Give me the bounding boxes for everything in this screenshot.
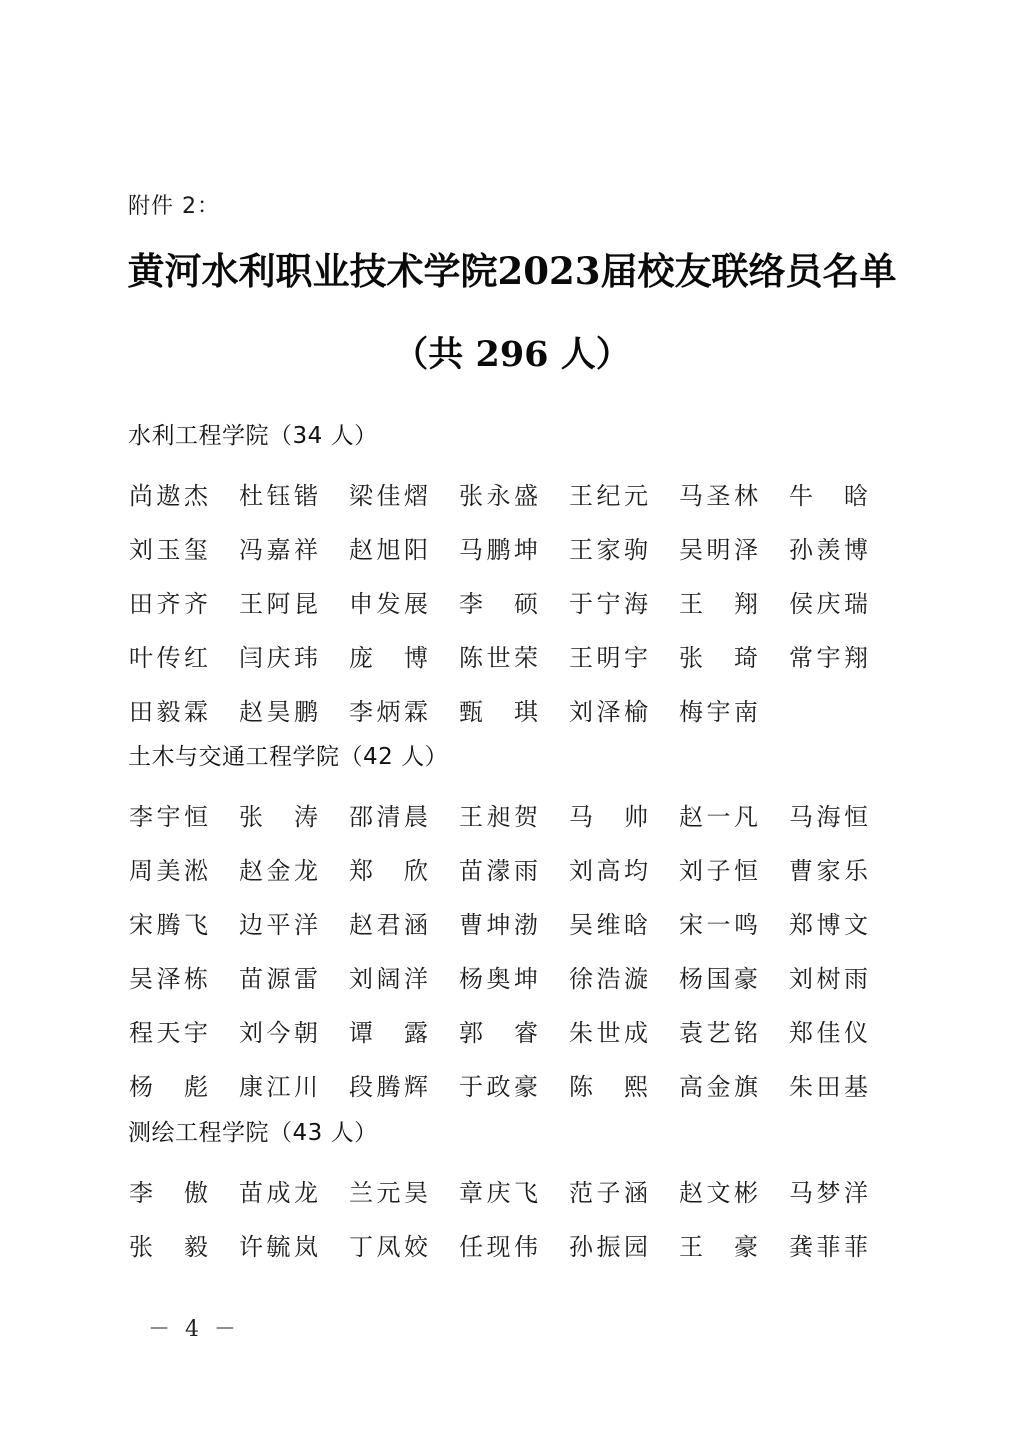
- name-entry: 马海恒: [788, 790, 869, 844]
- name-entry: 于宁海: [568, 577, 649, 631]
- name-entry: 杨国豪: [678, 952, 759, 1006]
- section-heading: 测绘工程学院（43 人）: [128, 1113, 908, 1153]
- name-entry: 尚遨杰: [128, 469, 209, 523]
- section-surveying: 测绘工程学院（43 人） 李傲苗成龙兰元昊章庆飞范子涵赵文彬马梦洋张毅许毓岚丁凤…: [128, 1113, 908, 1274]
- name-entry: 苗成龙: [238, 1166, 319, 1220]
- name-entry: 刘泽榆: [568, 685, 649, 739]
- name-entry: 田齐齐: [128, 577, 209, 631]
- name-entry: 马圣林: [678, 469, 759, 523]
- name-entry: 李傲: [128, 1166, 209, 1220]
- document-title: 黄河水利职业技术学院2023届校友联络员名单: [0, 245, 1024, 297]
- name-entry: 李宇恒: [128, 790, 209, 844]
- name-entry: 杜钰锴: [238, 469, 319, 523]
- name-entry: 李硕: [458, 577, 539, 631]
- section-civil-transport: 土木与交通工程学院（42 人） 李宇恒张涛邵清晨王昶贺马帅赵一凡马海恒周美淞赵金…: [128, 737, 908, 1114]
- name-entry: 赵昊鹏: [238, 685, 319, 739]
- name-entry: 康江川: [238, 1060, 319, 1114]
- name-entry: 苗源雷: [238, 952, 319, 1006]
- name-entry: 孙振园: [568, 1220, 649, 1274]
- name-entry: 张永盛: [458, 469, 539, 523]
- name-entry: 郑博文: [788, 898, 869, 952]
- name-entry: 章庆飞: [458, 1166, 539, 1220]
- name-entry: 于政豪: [458, 1060, 539, 1114]
- name-entry: 常宇翔: [788, 631, 869, 685]
- name-entry: 杨彪: [128, 1060, 209, 1114]
- name-entry: 赵文彬: [678, 1166, 759, 1220]
- name-entry: 王明宇: [568, 631, 649, 685]
- name-entry: 田毅霖: [128, 685, 209, 739]
- name-entry: 徐浩漩: [568, 952, 649, 1006]
- name-entry: 梅宇南: [678, 685, 759, 739]
- name-entry: 宋腾飞: [128, 898, 209, 952]
- name-entry: 王家驹: [568, 523, 649, 577]
- name-entry: 高金旗: [678, 1060, 759, 1114]
- name-entry: 邵清晨: [348, 790, 429, 844]
- name-entry: 任现伟: [458, 1220, 539, 1274]
- name-entry: 郭睿: [458, 1006, 539, 1060]
- name-entry: 庞博: [348, 631, 429, 685]
- name-entry: 刘树雨: [788, 952, 869, 1006]
- name-entry: 王昶贺: [458, 790, 539, 844]
- name-entry: 龚菲菲: [788, 1220, 869, 1274]
- name-entry: 马帅: [568, 790, 649, 844]
- document-page: 附件 2： 黄河水利职业技术学院2023届校友联络员名单 （共 296 人） 水…: [0, 0, 1024, 1448]
- page-number: － 4 －: [148, 1315, 240, 1345]
- name-entry: 苗濛雨: [458, 844, 539, 898]
- section-water-conservancy: 水利工程学院（34 人） 尚遨杰杜钰锴梁佳熠张永盛王纪元马圣林牛晗刘玉玺冯嘉祥赵…: [128, 416, 908, 739]
- name-entry: 兰元昊: [348, 1166, 429, 1220]
- name-entry: 边平洋: [238, 898, 319, 952]
- name-entry: 范子涵: [568, 1166, 649, 1220]
- name-entry: 赵君涵: [348, 898, 429, 952]
- name-entry: 马梦洋: [788, 1166, 869, 1220]
- name-entry: 赵金龙: [238, 844, 319, 898]
- name-entry: 叶传红: [128, 631, 209, 685]
- name-entry: 程天宇: [128, 1006, 209, 1060]
- name-entry: 吴维晗: [568, 898, 649, 952]
- name-entry: 宋一鸣: [678, 898, 759, 952]
- name-entry: 郑欣: [348, 844, 429, 898]
- name-entry: 袁艺铭: [678, 1006, 759, 1060]
- name-entry: 赵旭阳: [348, 523, 429, 577]
- name-entry: 梁佳熠: [348, 469, 429, 523]
- name-entry: 郑佳仪: [788, 1006, 869, 1060]
- name-entry: 孙羡博: [788, 523, 869, 577]
- name-entry: 朱世成: [568, 1006, 649, 1060]
- name-entry: 闫庆玮: [238, 631, 319, 685]
- name-entry: 陈世荣: [458, 631, 539, 685]
- name-entry: 吴明泽: [678, 523, 759, 577]
- name-entry: 张毅: [128, 1220, 209, 1274]
- name-entry: 朱田基: [788, 1060, 869, 1114]
- name-entry: 丁凤姣: [348, 1220, 429, 1274]
- name-entry: 段腾辉: [348, 1060, 429, 1114]
- name-entry: 刘高均: [568, 844, 649, 898]
- section-heading: 土木与交通工程学院（42 人）: [128, 737, 908, 777]
- name-entry: 陈熙: [568, 1060, 649, 1114]
- name-entry: 甄琪: [458, 685, 539, 739]
- name-entry: 刘今朝: [238, 1006, 319, 1060]
- name-entry: 许毓岚: [238, 1220, 319, 1274]
- name-grid: 李宇恒张涛邵清晨王昶贺马帅赵一凡马海恒周美淞赵金龙郑欣苗濛雨刘高均刘子恒曹家乐宋…: [128, 790, 908, 1114]
- attachment-label: 附件 2：: [128, 192, 220, 222]
- name-entry: 王纪元: [568, 469, 649, 523]
- name-entry: 周美淞: [128, 844, 209, 898]
- name-entry: 李炳霖: [348, 685, 429, 739]
- name-entry: 刘玉玺: [128, 523, 209, 577]
- name-entry: 申发展: [348, 577, 429, 631]
- name-grid: 李傲苗成龙兰元昊章庆飞范子涵赵文彬马梦洋张毅许毓岚丁凤姣任现伟孙振园王豪龚菲菲: [128, 1166, 908, 1274]
- name-entry: 赵一凡: [678, 790, 759, 844]
- name-entry: 冯嘉祥: [238, 523, 319, 577]
- name-entry: 刘子恒: [678, 844, 759, 898]
- name-entry: 曹家乐: [788, 844, 869, 898]
- name-entry: 杨奥坤: [458, 952, 539, 1006]
- document-subtitle: （共 296 人）: [0, 330, 1024, 380]
- name-entry: 牛晗: [788, 469, 869, 523]
- name-entry: 王阿昆: [238, 577, 319, 631]
- name-entry: 马鹏坤: [458, 523, 539, 577]
- name-entry: 王翔: [678, 577, 759, 631]
- name-grid: 尚遨杰杜钰锴梁佳熠张永盛王纪元马圣林牛晗刘玉玺冯嘉祥赵旭阳马鹏坤王家驹吴明泽孙羡…: [128, 469, 908, 739]
- name-entry: 王豪: [678, 1220, 759, 1274]
- name-entry: 吴泽栋: [128, 952, 209, 1006]
- name-entry: 谭露: [348, 1006, 429, 1060]
- name-entry: 刘阔洋: [348, 952, 429, 1006]
- name-entry: 张涛: [238, 790, 319, 844]
- name-entry: 曹坤渤: [458, 898, 539, 952]
- section-heading: 水利工程学院（34 人）: [128, 416, 908, 456]
- name-entry: 侯庆瑞: [788, 577, 869, 631]
- name-entry: 张琦: [678, 631, 759, 685]
